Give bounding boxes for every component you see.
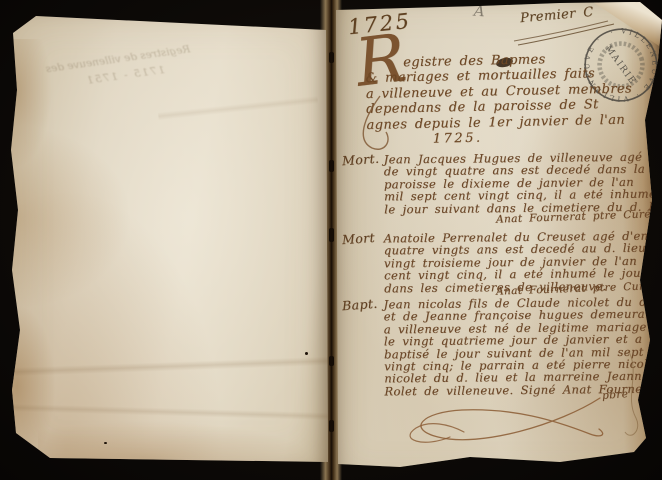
- binding-stitch: [329, 160, 334, 172]
- signature-flourish: [421, 398, 603, 440]
- register-entry: Mort. Jean Jacques Hugues de villeneuve …: [342, 152, 658, 214]
- left-page: Registres de villeneuve des 1715 - 1751: [8, 14, 330, 466]
- pencil-letter-mark: A: [473, 2, 485, 21]
- signature-flourish: [410, 424, 464, 443]
- entry-margin-label: Mort.: [342, 151, 380, 169]
- paper-stain: [8, 304, 56, 469]
- entry-margin-label: Mort: [342, 230, 376, 247]
- ink-speck: [305, 352, 308, 355]
- right-page: 1725 A Premier C · VILLENEUVE · VILLENEU…: [328, 0, 662, 480]
- binding-stitch: [329, 356, 334, 366]
- paper-stain: [38, 422, 308, 464]
- paper-stain: [8, 39, 52, 169]
- paper-crease: [8, 356, 330, 376]
- binding-stitch: [329, 228, 334, 242]
- show-through-inscription: Registres de villeneuve des 1715 - 1751: [63, 43, 194, 90]
- curate-signature: pbre: [602, 388, 629, 402]
- entry-margin-label: Bapt.: [342, 296, 379, 313]
- binding-stitch: [329, 52, 334, 63]
- register-title: egistre des Bapmes & mariages et mortuai…: [365, 50, 657, 148]
- entry-text: Jean nicolas fils de Claude nicolet du d…: [383, 296, 658, 398]
- paper-crease: [8, 404, 330, 421]
- premier-cahier-note: Premier C: [519, 5, 594, 26]
- ink-speck: [104, 442, 107, 444]
- paper-crease: [158, 96, 318, 121]
- entry-text: Jean Jacques Hugues de villeneuve agé de…: [384, 151, 659, 216]
- binding-stitch: [329, 420, 334, 432]
- register-entry: Bapt. Jean nicolas fils de Claude nicole…: [342, 297, 658, 396]
- manuscript-scan: Registres de villeneuve des 1715 - 1751 …: [0, 0, 662, 480]
